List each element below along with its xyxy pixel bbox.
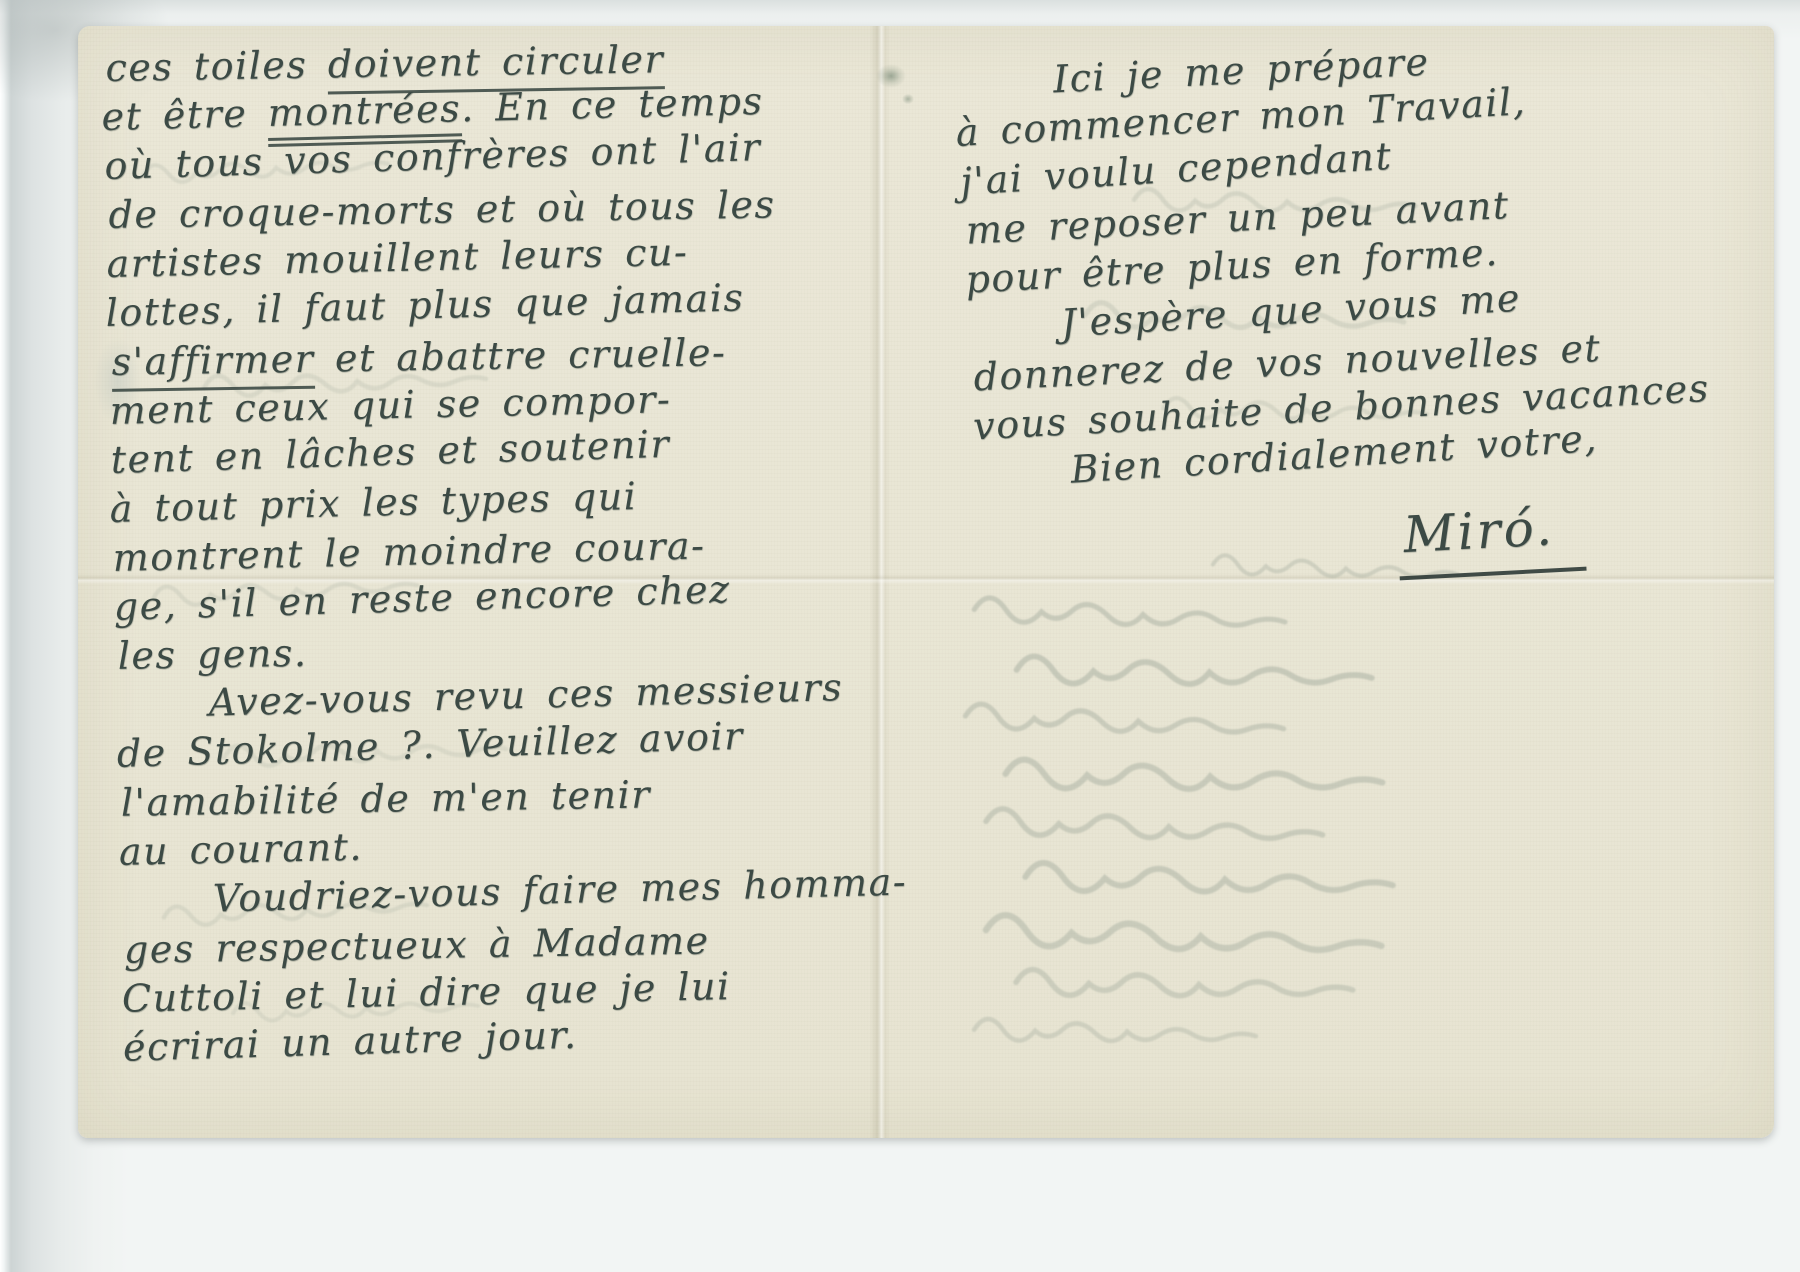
words: les gens. <box>117 631 307 678</box>
words: ges respectueux à Madame <box>124 919 710 972</box>
bleed-through-squiggle <box>967 1001 1268 1057</box>
underlined-words: s'affirmer <box>111 337 315 392</box>
words: . En ce temps <box>461 79 764 130</box>
bleed-through-squiggle <box>1007 633 1389 704</box>
signature: Miró. <box>1396 497 1587 581</box>
words: à tout prix les types qui <box>109 474 638 531</box>
words: de croque-morts et où tous les <box>108 182 775 236</box>
bleed-through-squiggle <box>997 735 1399 811</box>
bleed-through-squiggle <box>1007 948 1369 1016</box>
words: au courant. <box>118 825 363 874</box>
words: et être <box>101 91 268 139</box>
right-page-text: Ici je me prépareà commencer mon Travail… <box>954 18 1791 603</box>
bleed-through-squiggle <box>977 889 1400 976</box>
left-page-text: ces toiles doivent circuleret être montr… <box>102 28 905 1073</box>
words: l'amabilité de m'en tenir <box>121 772 652 824</box>
words: ces toiles <box>105 42 328 89</box>
ink-smudge <box>900 92 916 106</box>
words: écrirai un autre jour. <box>122 1013 578 1070</box>
bleed-through-squiggle <box>1017 839 1409 913</box>
letter-paper: ces toiles doivent circuleret être montr… <box>78 26 1774 1138</box>
words: et abattre cruelle- <box>314 330 727 380</box>
bleed-through-squiggle <box>977 787 1339 861</box>
bleed-through-squiggle <box>957 683 1299 753</box>
